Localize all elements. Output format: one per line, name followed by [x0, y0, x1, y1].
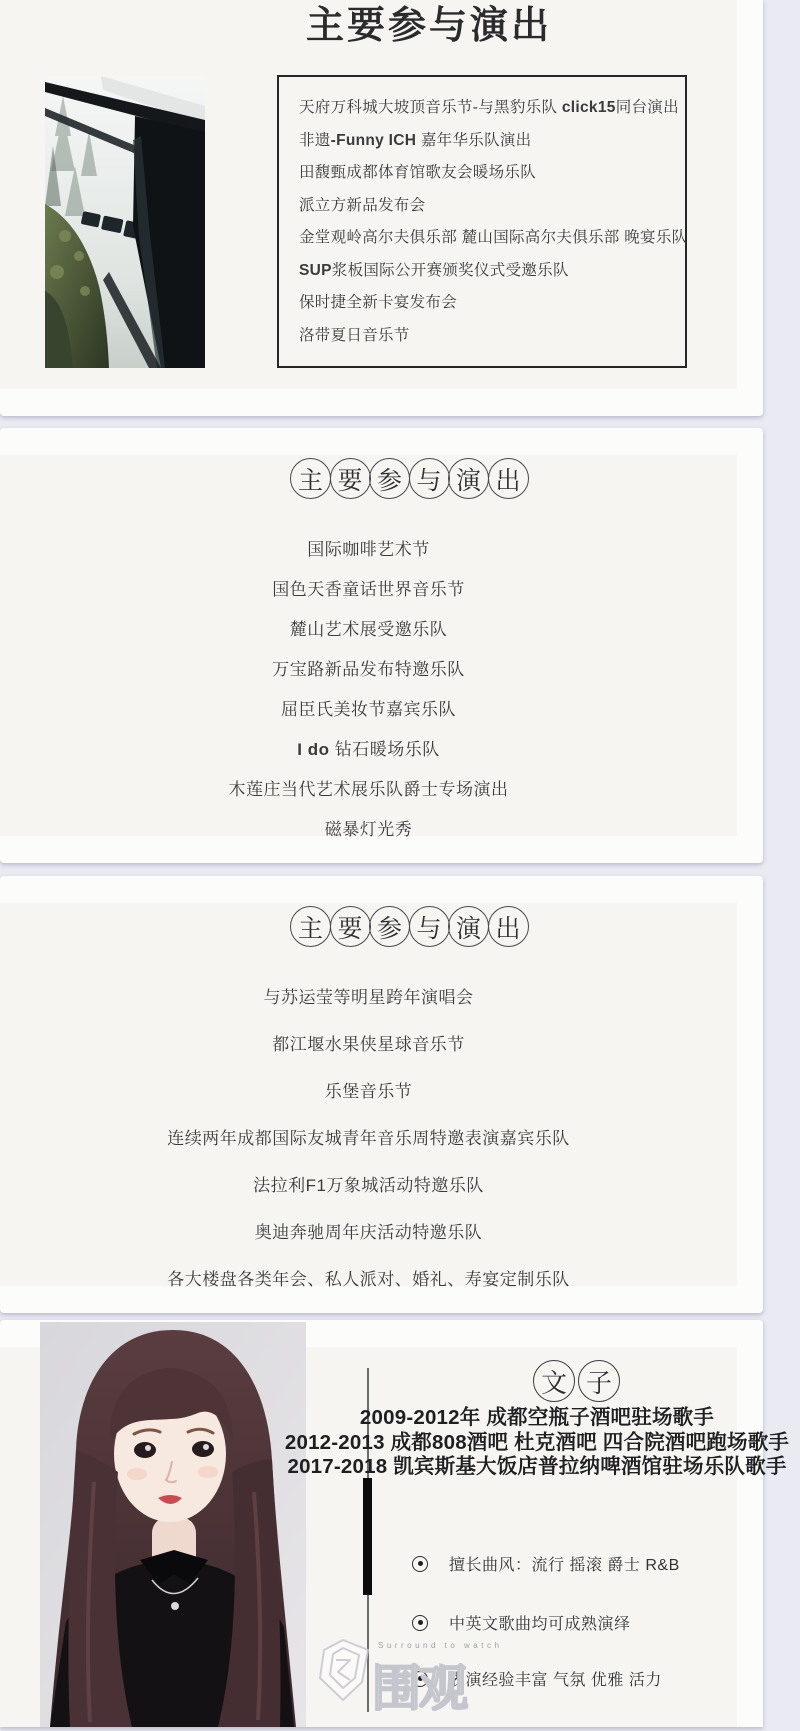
- text-segment: 乐堡音乐节: [325, 1082, 413, 1101]
- text-segment: 连续两年成都国际友城青年音乐周特邀表演嘉宾乐队: [167, 1129, 570, 1148]
- performance-item: 田馥甄成都体育馆歌友会暖场乐队: [299, 164, 675, 181]
- text-segment: 天府万科城大坡顶音乐节-与黑豹乐队: [299, 99, 562, 116]
- text-segment: 嘉年华乐队演出: [416, 132, 531, 149]
- career-line: 2009-2012年 成都空瓶子酒吧驻场歌手: [283, 1406, 791, 1431]
- article-page: 主要参与演出: [0, 0, 800, 1731]
- performance-item: 法拉利F1万象城活动特邀乐队: [253, 1176, 484, 1196]
- circle-dot-icon: [412, 1615, 428, 1631]
- circled-char: 要: [330, 458, 371, 499]
- career-line: 2017-2018 凯宾斯基大饭店普拉纳啤酒馆驻场乐队歌手: [283, 1455, 791, 1480]
- slide-performances-3: 主要参与演出 与苏运莹等明星跨年演唱会都江堰水果侠星球音乐节乐堡音乐节连续两年成…: [0, 876, 763, 1313]
- performance-item: 保时捷全新卡宴发布会: [299, 294, 675, 311]
- circled-char: 演: [448, 458, 489, 499]
- text-segment: I do: [297, 740, 334, 759]
- circled-char: 主: [290, 458, 331, 499]
- text-segment: 磁暴灯光秀: [325, 820, 413, 839]
- text-segment: 田馥甄成都体育馆歌友会暖场乐队: [299, 164, 536, 181]
- text-segment: 国际咖啡艺术节: [307, 540, 430, 559]
- text-segment: 保时捷全新卡宴发布会: [299, 294, 457, 311]
- performance-item: 金堂观岭高尔夫俱乐部 麓山国际高尔夫俱乐部 晚宴乐队: [299, 229, 675, 246]
- highlight-text: 中英文歌曲均可成熟演绎: [449, 1611, 631, 1634]
- highlight-item: 中英文歌曲均可成熟演绎: [412, 1611, 631, 1634]
- text-segment: 与苏运莹等明星跨年演唱会: [264, 988, 474, 1007]
- performance-item: 非遗-Funny ICH 嘉年华乐队演出: [299, 132, 675, 149]
- performance-item: 乐堡音乐节: [325, 1082, 413, 1102]
- performance-item: 麓山艺术展受邀乐队: [290, 620, 448, 640]
- performance-list: 国际咖啡艺术节国色天香童话世界音乐节麓山艺术展受邀乐队万宝路新品发布特邀乐队屈臣…: [0, 540, 737, 840]
- watermark-subtext: Surround to watch: [378, 1641, 502, 1650]
- circled-title: 主要参与演出: [290, 906, 527, 947]
- circled-char: 与: [409, 458, 450, 499]
- performance-item: 连续两年成都国际友城青年音乐周特邀表演嘉宾乐队: [167, 1129, 570, 1149]
- watermark-text: 围观: [372, 1650, 466, 1720]
- circled-title: 主要参与演出: [290, 458, 527, 499]
- circle-dot-icon: [412, 1556, 428, 1572]
- performance-item: 万宝路新品发布特邀乐队: [272, 660, 465, 680]
- text-segment: 浆板国际公开赛颁奖仪式受邀乐队: [332, 262, 569, 279]
- circled-char: 与: [409, 906, 450, 947]
- text-segment: 钻石暖场乐队: [335, 740, 440, 759]
- text-segment: 国色天香童话世界音乐节: [272, 580, 465, 599]
- text-segment: 奥迪奔驰周年庆活动特邀乐队: [255, 1223, 483, 1242]
- performance-item: 洛带夏日音乐节: [299, 327, 675, 344]
- performance-item: 派立方新品发布会: [299, 197, 675, 214]
- text-segment: 金堂观岭高尔夫俱乐部 麓山国际高尔夫俱乐部 晚宴乐队: [299, 229, 687, 246]
- slide-title: 主要参与演出: [306, 0, 552, 52]
- text-segment: -Funny ICH: [331, 132, 417, 149]
- slide-performances-1: 主要参与演出: [0, 0, 763, 416]
- circled-char: 出: [488, 906, 529, 947]
- text-segment: click15: [562, 99, 616, 116]
- performance-item: 磁暴灯光秀: [325, 820, 413, 840]
- circled-char: 要: [330, 906, 371, 947]
- circled-char: 主: [290, 906, 331, 947]
- performance-item: 木莲庄当代艺术展乐队爵士专场演出: [229, 780, 509, 800]
- train-window-photo: [45, 76, 205, 368]
- circled-char: 演: [448, 906, 489, 947]
- performance-item: 国际咖啡艺术节: [307, 540, 430, 560]
- text-segment: 同台演出: [616, 99, 679, 116]
- career-line: 2012-2013 成都808酒吧 杜克酒吧 四合院酒吧跑场歌手: [283, 1431, 791, 1456]
- slide-performances-2: 主要参与演出 国际咖啡艺术节国色天香童话世界音乐节麓山艺术展受邀乐队万宝路新品发…: [0, 428, 763, 863]
- performance-item: 屈臣氏美妆节嘉宾乐队: [281, 700, 456, 720]
- text-segment: 派立方新品发布会: [299, 197, 425, 214]
- text-segment: 屈臣氏美妆节嘉宾乐队: [281, 700, 456, 719]
- text-segment: SUP: [299, 262, 332, 279]
- performance-item: 各大楼盘各类年会、私人派对、婚礼、寿宴定制乐队: [167, 1270, 570, 1290]
- text-segment: 各大楼盘各类年会、私人派对、婚礼、寿宴定制乐队: [167, 1270, 570, 1289]
- performance-item: SUP浆板国际公开赛颁奖仪式受邀乐队: [299, 262, 675, 279]
- circled-char: 出: [488, 458, 529, 499]
- performance-list-box: 天府万科城大坡顶音乐节-与黑豹乐队 click15同台演出非遗-Funny IC…: [277, 75, 687, 368]
- performance-item: 奥迪奔驰周年庆活动特邀乐队: [255, 1223, 483, 1243]
- performance-item: I do 钻石暖场乐队: [297, 740, 439, 760]
- career-history: 2009-2012年 成都空瓶子酒吧驻场歌手2012-2013 成都808酒吧 …: [283, 1406, 791, 1480]
- text-segment: 法拉利F1万象城活动特邀乐队: [253, 1176, 484, 1195]
- highlight-text: 擅长曲风：流行 摇滚 爵士 R&B: [449, 1552, 680, 1575]
- watermark-logo-icon: [316, 1638, 370, 1702]
- text-segment: 洛带夏日音乐节: [299, 327, 410, 344]
- performance-item: 天府万科城大坡顶音乐节-与黑豹乐队 click15同台演出: [299, 99, 675, 116]
- text-segment: 麓山艺术展受邀乐队: [290, 620, 448, 639]
- performance-item: 都江堰水果侠星球音乐节: [272, 1035, 465, 1055]
- text-segment: 万宝路新品发布特邀乐队: [272, 660, 465, 679]
- train-window-photo-illustration: [45, 76, 205, 368]
- highlight-item: 擅长曲风：流行 摇滚 爵士 R&B: [412, 1552, 680, 1575]
- performance-list: 与苏运莹等明星跨年演唱会都江堰水果侠星球音乐节乐堡音乐节连续两年成都国际友城青年…: [0, 988, 737, 1290]
- text-segment: 木莲庄当代艺术展乐队爵士专场演出: [229, 780, 509, 799]
- text-segment: 非遗: [299, 132, 331, 149]
- performance-item: 与苏运莹等明星跨年演唱会: [264, 988, 474, 1008]
- circled-char: 参: [369, 906, 410, 947]
- slide-singer-profile: 文子 2009-2012年 成都空瓶子酒吧驻场歌手2012-2013 成都808…: [0, 1320, 763, 1727]
- circled-char: 参: [369, 458, 410, 499]
- watermark: Surround to watch 围观: [316, 1636, 536, 1726]
- performance-item: 国色天香童话世界音乐节: [272, 580, 465, 600]
- text-segment: 都江堰水果侠星球音乐节: [272, 1035, 465, 1054]
